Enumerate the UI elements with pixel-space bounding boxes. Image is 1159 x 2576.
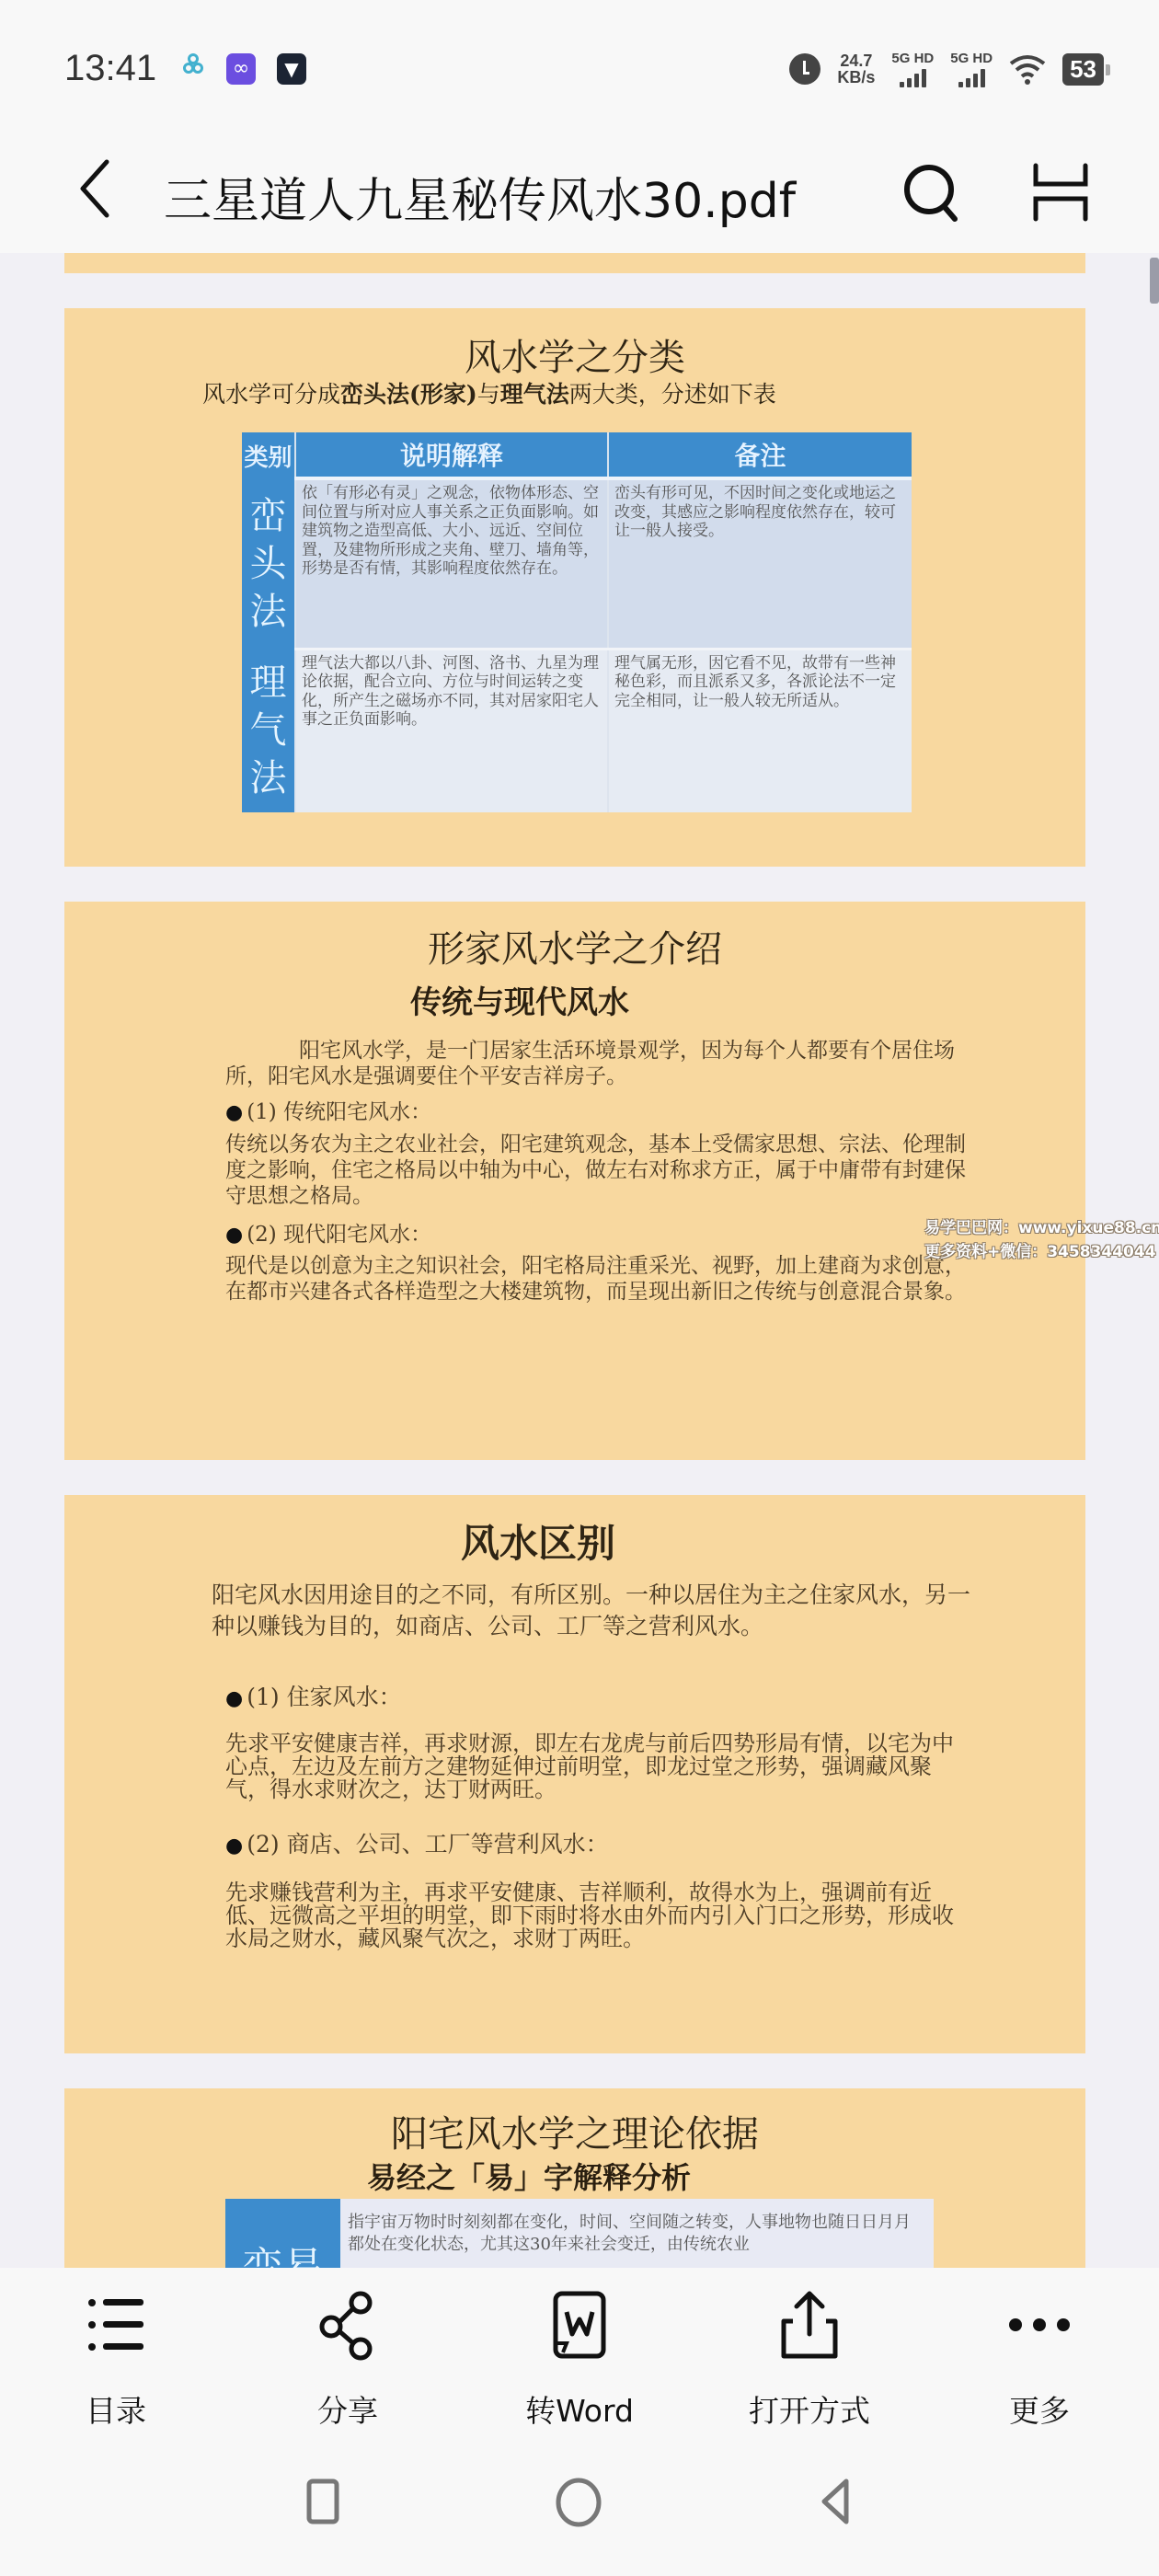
watermark-line: 更多资料+微信：3458344044: [924, 1240, 1159, 1264]
network-speed: 24.7 KB/s: [837, 52, 875, 86]
toolbar-label: 目录: [33, 2387, 199, 2431]
bullet-heading: ●(1) 传统阳宅风水：: [225, 1095, 431, 1125]
pdf-page: 形家风水学之介绍 传统与现代风水 阳宅风水学，是一门居家生活环境景观学，因为每个…: [64, 902, 1085, 1460]
watermark: 易学巴巴网：www.yixue88.cn 更多资料+微信：3458344044: [924, 1216, 1159, 1264]
search-button[interactable]: [900, 160, 964, 224]
paragraph: 先求赚钱营利为主，再求平安健康、吉祥顺利，故得水为上，强调前有近低、远微高之平坦…: [225, 1881, 970, 1950]
alarm-icon: [789, 53, 820, 85]
bullet-text: (1) 住家风水：: [247, 1684, 401, 1710]
bullet-heading: ●(2) 商店、公司、工厂等营利风水：: [225, 1826, 609, 1859]
description-cell: 指宇宙万物时时刻刻都在变化，时间、空间随之转变，人事地物也随日日月月都处在变化状…: [340, 2199, 934, 2268]
table-header-row: 类别 说明解释 备注: [242, 432, 912, 478]
pdf-page: 阳宅风水学之理论依据 易经之「易」字解释分析 变易 指宇宙万物时时刻刻都在变化，…: [64, 2088, 1085, 2268]
bullet-text: (2) 商店、公司、工厂等营利风水：: [247, 1831, 608, 1857]
sim1-label: 5G HD: [891, 51, 934, 66]
convert-word-button[interactable]: 转Word: [497, 2288, 662, 2431]
paragraph: 阳宅风水因用途目的之不同，有所区别。一种以居住为主之住家风水，另一种以赚钱为目的…: [212, 1580, 984, 1642]
system-nav-bar: [0, 2433, 1159, 2576]
page-heading: 风水学之分类: [64, 328, 1085, 381]
search-icon: [900, 160, 964, 224]
category-label: 理气法: [250, 659, 287, 802]
page-layout-icon: [1028, 160, 1093, 224]
page-subtitle: 传统与现代风水: [9, 977, 1030, 1022]
pdf-page: 风水学之分类 风水学可分成峦头法(形家)与理气法两大类，分述如下表 类别 说明解…: [64, 308, 1085, 867]
page-heading: 形家风水学之介绍: [64, 920, 1085, 972]
recents-button[interactable]: [291, 2470, 355, 2535]
status-time: 13:41: [64, 48, 156, 89]
list-icon: [79, 2288, 153, 2362]
table-header: 说明解释: [295, 432, 608, 478]
bullet-heading: ●(2) 现代阳宅风水：: [225, 1217, 431, 1248]
bullet-icon: ●: [225, 1101, 243, 1124]
subtitle-part: 与: [477, 381, 500, 408]
status-bar: 13:41 ∞ ▼ 24.7 KB/s 5G HD 5G HD 53: [0, 0, 1159, 138]
yi-definition-table: 变易 指宇宙万物时时刻刻都在变化，时间、空间随之转变，人事地物也随日日月月都处在…: [225, 2199, 934, 2268]
triangle-back-icon: [806, 2470, 870, 2535]
category-label: 峦头法: [250, 492, 287, 636]
net-speed-unit: KB/s: [837, 69, 875, 86]
description-cell: 理气法大都以八卦、河图、洛书、九星为理论依据，配合立向、方位与时间运转之变化，所…: [295, 649, 608, 812]
signal-bars-icon: [958, 69, 985, 87]
pdf-page-previous: [64, 253, 1085, 273]
net-speed-value: 24.7: [837, 52, 875, 69]
paragraph: 阳宅风水学，是一门居家生活环境景观学，因为每个人都要有个居住场所，阳宅风水是强调…: [225, 1038, 970, 1089]
page-layout-button[interactable]: [1028, 160, 1093, 224]
bullet-text: (2) 现代阳宅风水：: [247, 1223, 431, 1247]
paragraph: 先求平安健康吉祥，再求财源，即左右龙虎与前后四势形局有情，以宅为中心点，左边及左…: [225, 1732, 970, 1801]
page-subtitle: 风水学可分成峦头法(形家)与理气法两大类，分述如下表: [202, 382, 776, 408]
table-header: 类别: [242, 432, 295, 478]
bullet-heading: ●(1) 住家风水：: [225, 1679, 402, 1712]
bullet-icon: ●: [225, 1687, 243, 1710]
share-icon: [311, 2288, 384, 2362]
subtitle-part: 两大类，分述如下表: [569, 381, 776, 408]
table-header: 备注: [608, 432, 912, 478]
category-cell: 变易: [225, 2199, 340, 2268]
pdf-page: 风水区别 阳宅风水因用途目的之不同，有所区别。一种以居住为主之住家风水，另一种以…: [64, 1495, 1085, 2053]
toolbar-label: 打开方式: [727, 2387, 892, 2431]
bottom-toolbar: 目录 分享 转Word 打开方式 更多: [0, 2268, 1159, 2433]
page-heading: 阳宅风水学之理论依据: [64, 2105, 1085, 2157]
v-app-icon: ▼: [277, 53, 306, 85]
classification-table: 类别 说明解释 备注 峦头法 依「有形必有灵」之观念，依物体形态、空间位置与所对…: [242, 432, 912, 812]
app-header: 三星道人九星秘传风水30.pdf: [0, 138, 1159, 253]
page-subtitle: 易经之「易」字解释分析: [18, 2155, 1039, 2197]
bullet-text: (1) 传统阳宅风水：: [247, 1100, 431, 1124]
back-nav-button[interactable]: [806, 2470, 870, 2535]
square-icon: [291, 2470, 355, 2535]
bullet-icon: ●: [225, 1224, 243, 1247]
category-cell: 理气法: [242, 649, 295, 812]
signal-bars-icon: [900, 69, 926, 87]
page-heading: 风水区别: [28, 1513, 1049, 1569]
subtitle-bold: 理气法: [500, 381, 569, 408]
subtitle-part: 风水学可分成: [202, 381, 340, 408]
table-row: 理气法 理气法大都以八卦、河图、洛书、九星为理论依据，配合立向、方位与时间运转之…: [242, 649, 912, 812]
toolbar-label: 更多: [957, 2387, 1122, 2431]
bullet-icon: ●: [225, 1834, 243, 1857]
sim2-label: 5G HD: [950, 51, 993, 66]
toolbar-label: 转Word: [497, 2387, 662, 2431]
status-indicators: 24.7 KB/s 5G HD 5G HD 53: [789, 46, 1104, 92]
scrollbar[interactable]: [1150, 258, 1159, 304]
toc-button[interactable]: 目录: [33, 2288, 199, 2431]
document-title: 三星道人九星秘传风水30.pdf: [164, 162, 796, 231]
battery-indicator: 53: [1062, 53, 1104, 86]
convert-word-icon: [543, 2288, 616, 2362]
sim2-signal: 5G HD: [950, 51, 993, 87]
share-button[interactable]: 分享: [265, 2288, 430, 2431]
more-button[interactable]: 更多: [957, 2288, 1122, 2431]
note-cell: 理气属无形，因它看不见，故带有一些神秘色彩，而且派系又多，各派论法不一定完全相同…: [608, 649, 912, 812]
subtitle-bold: 峦头法(形家): [340, 381, 477, 408]
sim1-signal: 5G HD: [891, 51, 934, 87]
note-cell: 峦头有形可见，不因时间之变化或地运之改变，其感应之影响程度依然存在，较可让一般人…: [608, 478, 912, 649]
watermark-line: 易学巴巴网：www.yixue88.cn: [924, 1216, 1159, 1240]
cloud-app-icon: [181, 53, 207, 85]
back-button[interactable]: [72, 156, 118, 221]
wifi-icon: [1009, 52, 1046, 86]
chevron-left-icon: [72, 156, 118, 221]
category-cell: 峦头法: [242, 478, 295, 649]
circle-icon: [546, 2470, 611, 2535]
more-icon: [1003, 2288, 1076, 2362]
description-cell: 依「有形必有灵」之观念，依物体形态、空间位置与所对应人事关系之正负面影响。如建筑…: [295, 478, 608, 649]
open-with-button[interactable]: 打开方式: [727, 2288, 892, 2431]
table-row: 峦头法 依「有形必有灵」之观念，依物体形态、空间位置与所对应人事关系之正负面影响…: [242, 478, 912, 649]
home-button[interactable]: [546, 2470, 611, 2535]
paragraph: 传统以务农为主之农业社会，阳宅建筑观念，基本上受儒家思想、宗法、伦理制度之影响，…: [225, 1132, 980, 1209]
paragraph: 现代是以创意为主之知识社会，阳宅格局注重采光、视野，加上建商为求创意，在都市兴建…: [225, 1253, 980, 1305]
open-with-icon: [773, 2288, 846, 2362]
link-app-icon: ∞: [226, 53, 256, 85]
toolbar-label: 分享: [265, 2387, 430, 2431]
